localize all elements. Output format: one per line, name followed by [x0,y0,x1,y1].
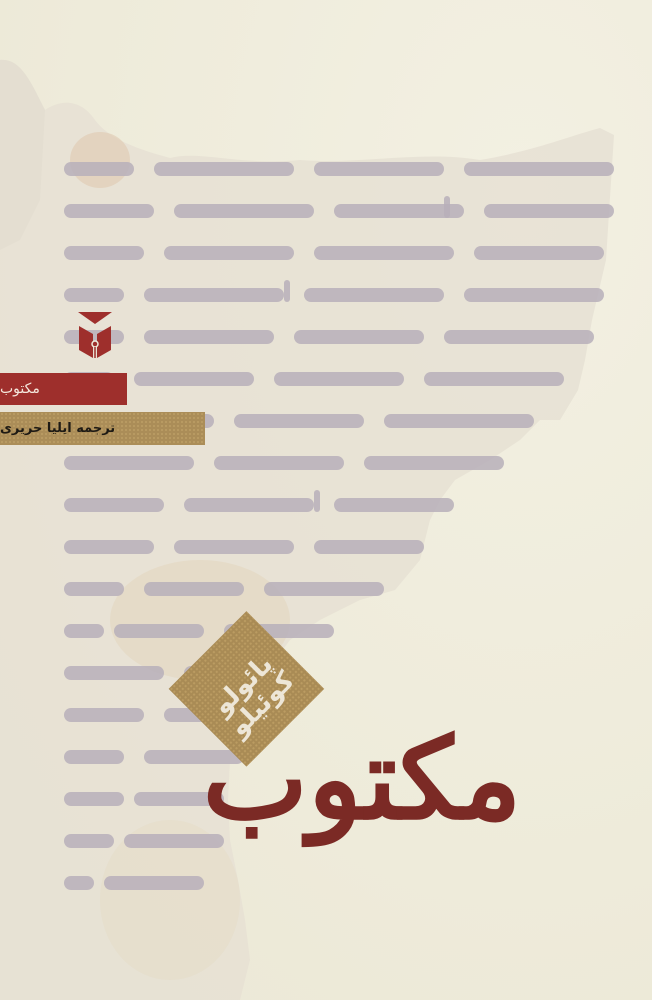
translator-label: ترجمه ایلیا حریری [0,421,115,436]
book-pen-icon [78,310,112,360]
translator-band: ترجمه ایلیا حریری [0,412,205,445]
book-cover: مکتوب ترجمه ایلیا حریری پائولو کوئیلو مک… [0,0,652,1000]
series-band: مکتوب [0,373,127,405]
book-title: مکتوب [172,710,552,850]
series-label: مکتوب [0,381,40,397]
